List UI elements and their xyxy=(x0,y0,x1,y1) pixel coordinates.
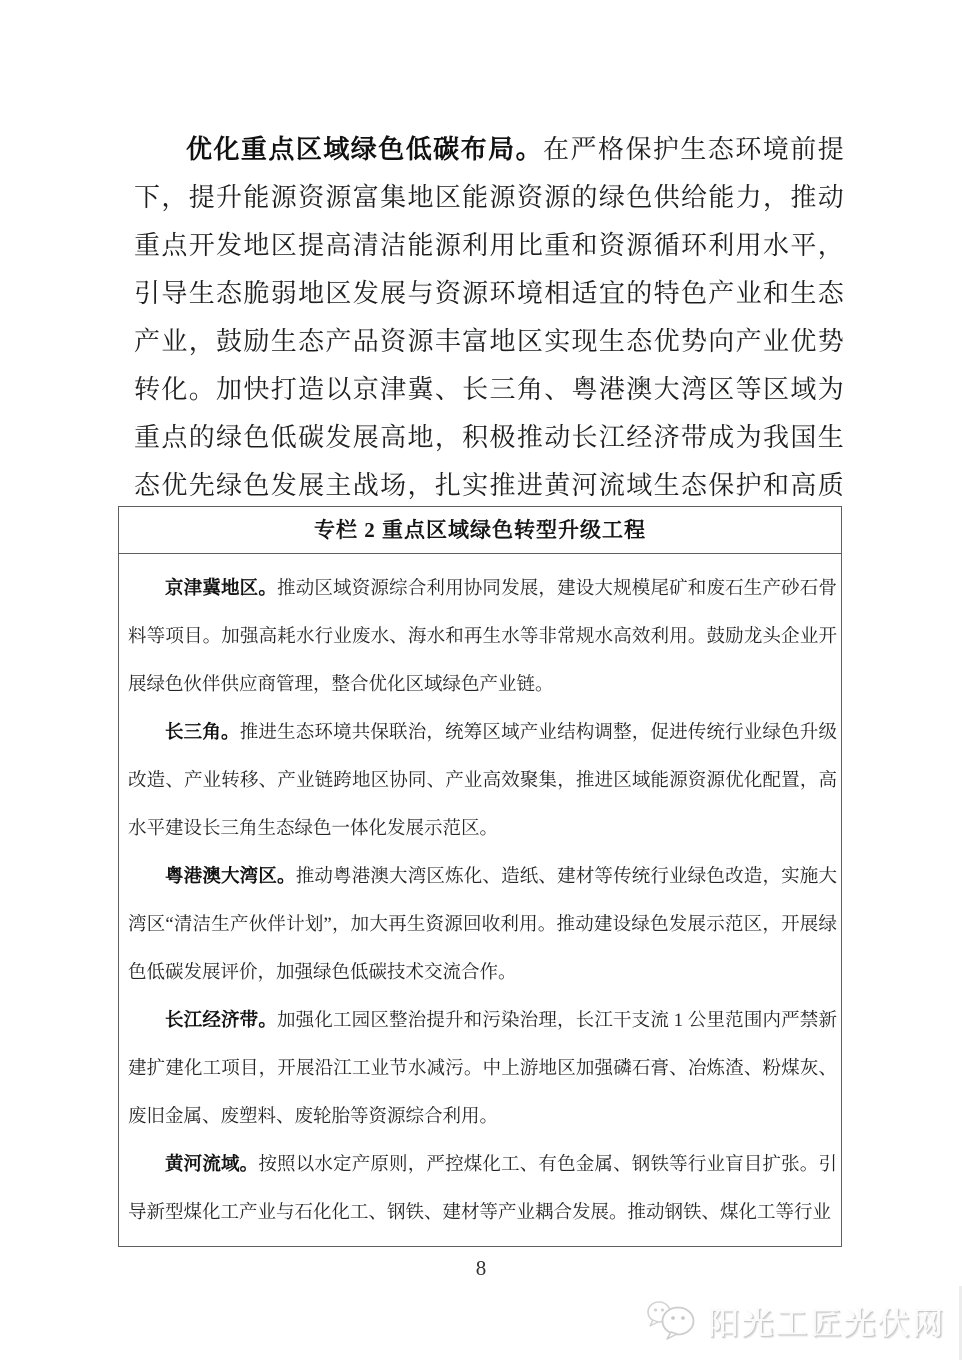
region-lead-bold: 长三角。 xyxy=(165,723,240,743)
region-lead-bold: 黄河流域。 xyxy=(165,1155,258,1175)
region-lead-bold: 粤港澳大湾区。 xyxy=(165,867,296,887)
box-paragraph-huanghe: 黄河流域。按照以水定产原则，严控煤化工、有色金属、钢铁等行业盲目扩张。引导新型煤… xyxy=(128,1141,837,1237)
paragraph-text: 在严格保护生态环境前提下，提升能源资源富集地区能源资源的绿色供给能力，推动重点开… xyxy=(134,135,844,548)
region-lead-bold: 长江经济带。 xyxy=(165,1011,277,1031)
watermark: 阳光工匠光伏网 xyxy=(645,1297,946,1343)
wechat-icon xyxy=(645,1297,699,1343)
document-page: 优化重点区域绿色低碳布局。在严格保护生态环境前提下，提升能源资源富集地区能源资源… xyxy=(0,0,962,1360)
paragraph-lead-bold: 优化重点区域绿色低碳布局。 xyxy=(186,135,543,164)
box-title: 专栏 2 重点区域绿色转型升级工程 xyxy=(119,507,841,554)
watermark-text: 阳光工匠光伏网 xyxy=(708,1298,946,1343)
box-paragraph-dawanqu: 粤港澳大湾区。推动粤港澳大湾区炼化、造纸、建材等传统行业绿色改造，实施大湾区“清… xyxy=(128,853,837,997)
box-body: 京津冀地区。推动区域资源综合利用协同发展，建设大规模尾矿和废石生产砂石骨料等项目… xyxy=(119,554,841,1237)
region-lead-bold: 京津冀地区。 xyxy=(165,579,277,599)
column-2-box: 专栏 2 重点区域绿色转型升级工程 京津冀地区。推动区域资源综合利用协同发展，建… xyxy=(118,506,842,1247)
body-paragraph: 优化重点区域绿色低碳布局。在严格保护生态环境前提下，提升能源资源富集地区能源资源… xyxy=(134,126,844,558)
box-paragraph-jingjinji: 京津冀地区。推动区域资源综合利用协同发展，建设大规模尾矿和废石生产砂石骨料等项目… xyxy=(128,565,837,709)
page-number: 8 xyxy=(0,1256,962,1281)
box-paragraph-changjiang: 长江经济带。加强化工园区整治提升和污染治理，长江干支流 1 公里范围内严禁新建扩… xyxy=(128,997,837,1141)
box-paragraph-changsanjiao: 长三角。推进生态环境共保联治，统筹区域产业结构调整，促进传统行业绿色升级改造、产… xyxy=(128,709,837,853)
